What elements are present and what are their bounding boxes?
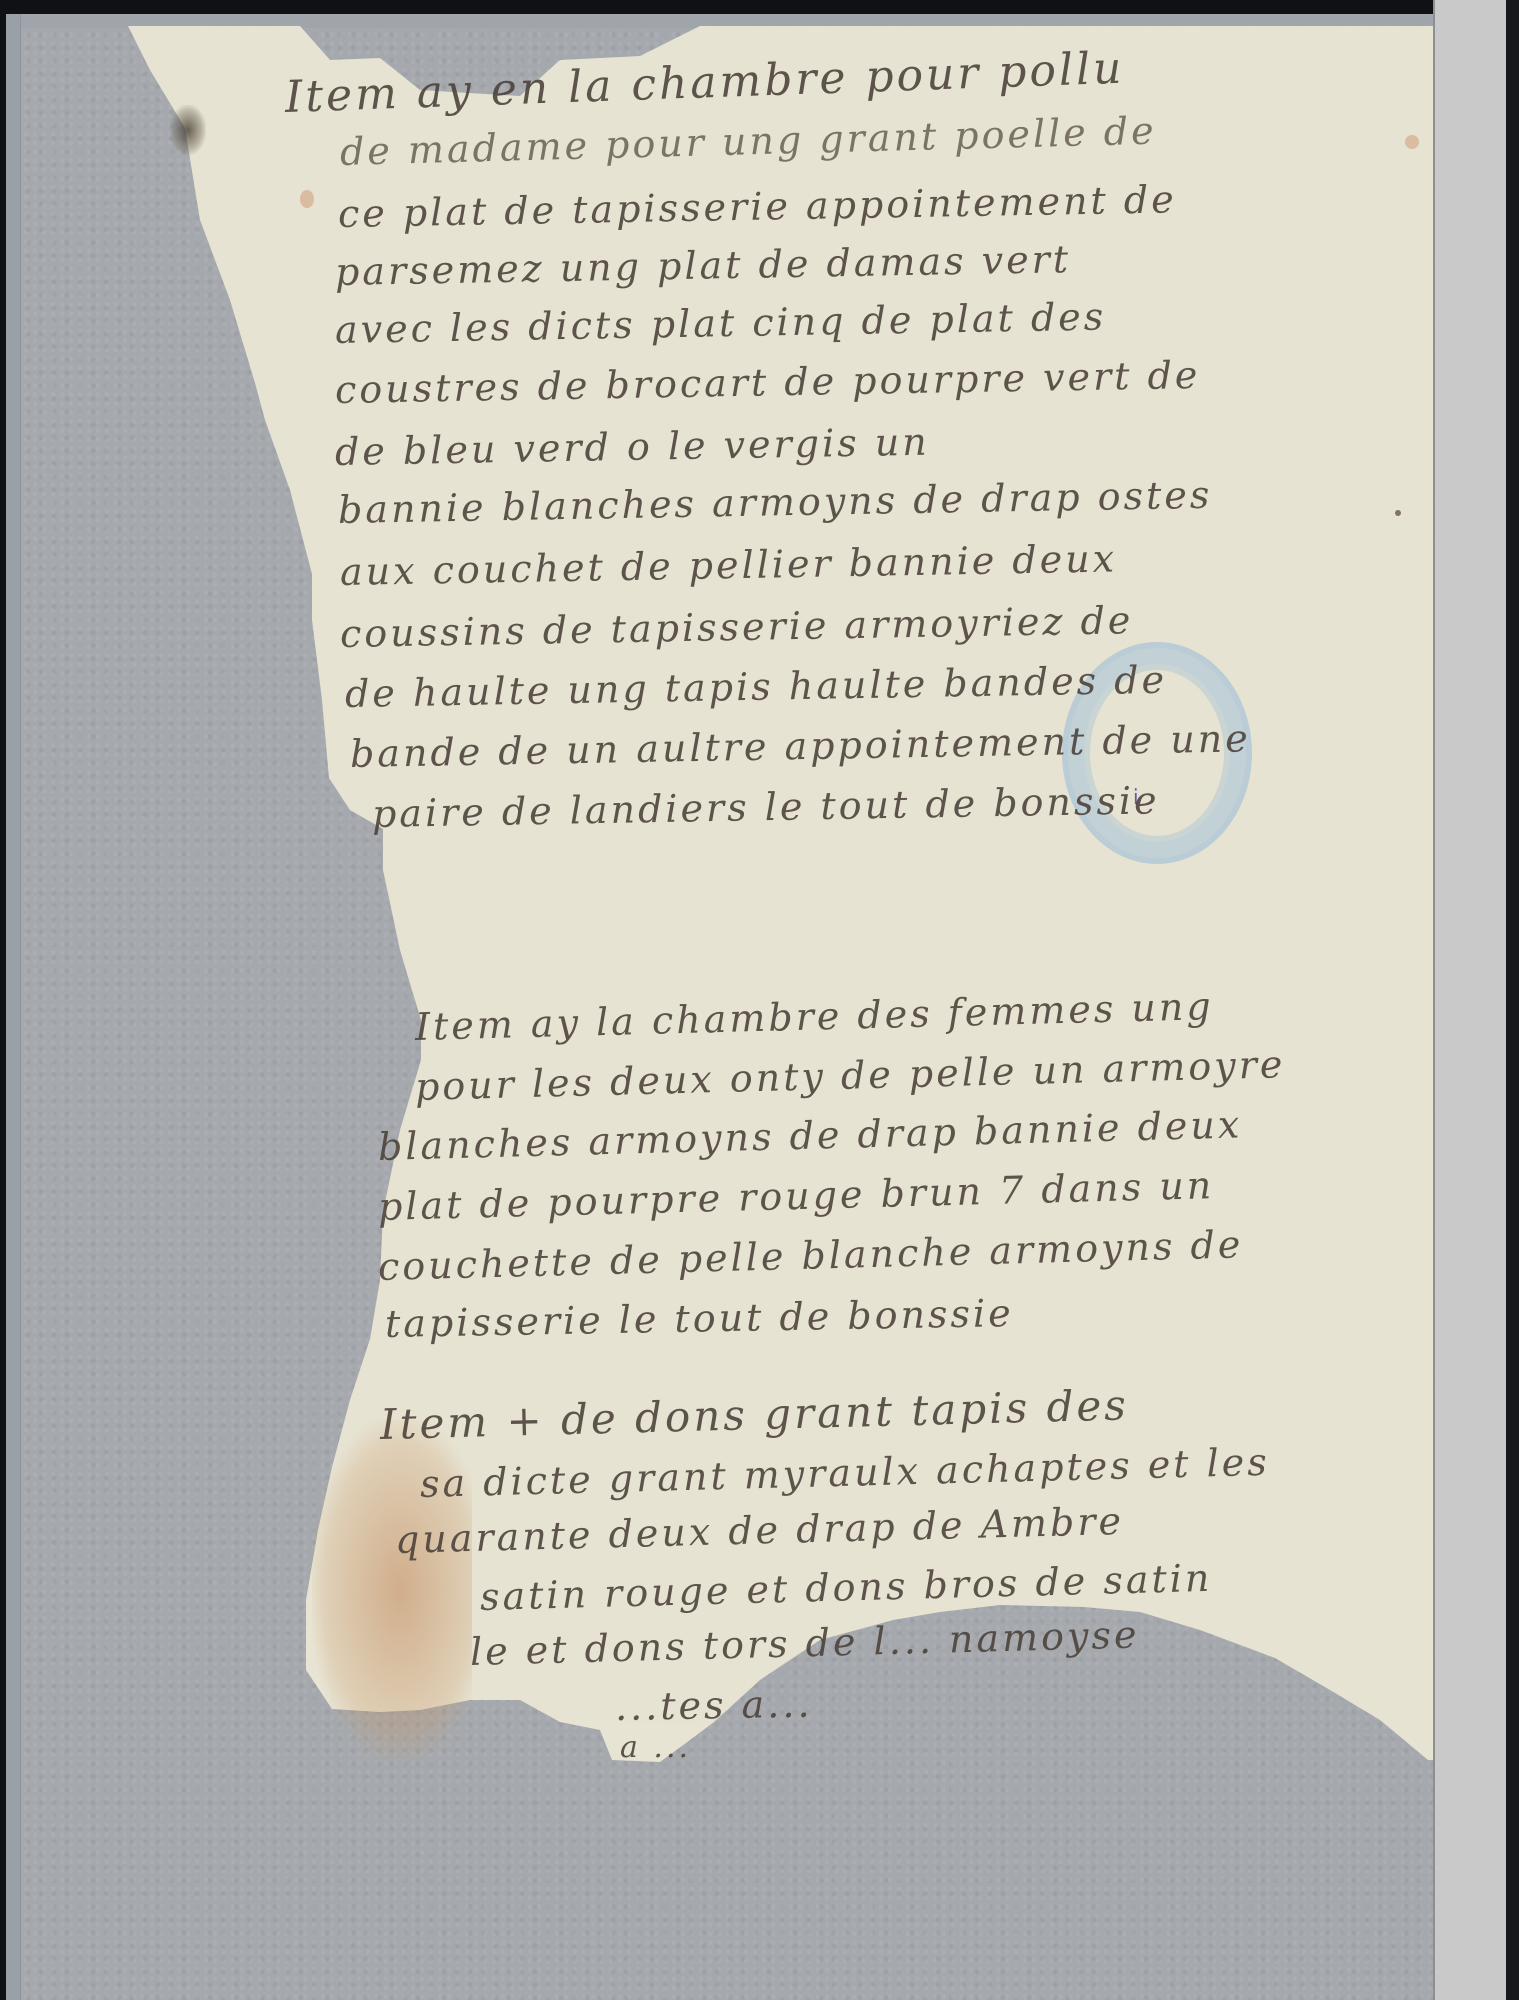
foxing-spot (1405, 135, 1419, 149)
foxing-spot (1395, 510, 1401, 516)
right-mount-strip (1433, 0, 1508, 2000)
text-line: a ... (620, 1730, 691, 1765)
right-frame-edge (1506, 0, 1519, 2000)
foxing-spot (300, 190, 314, 208)
text-line: ...tes a... (615, 1682, 813, 1729)
dark-smudge (170, 105, 206, 155)
